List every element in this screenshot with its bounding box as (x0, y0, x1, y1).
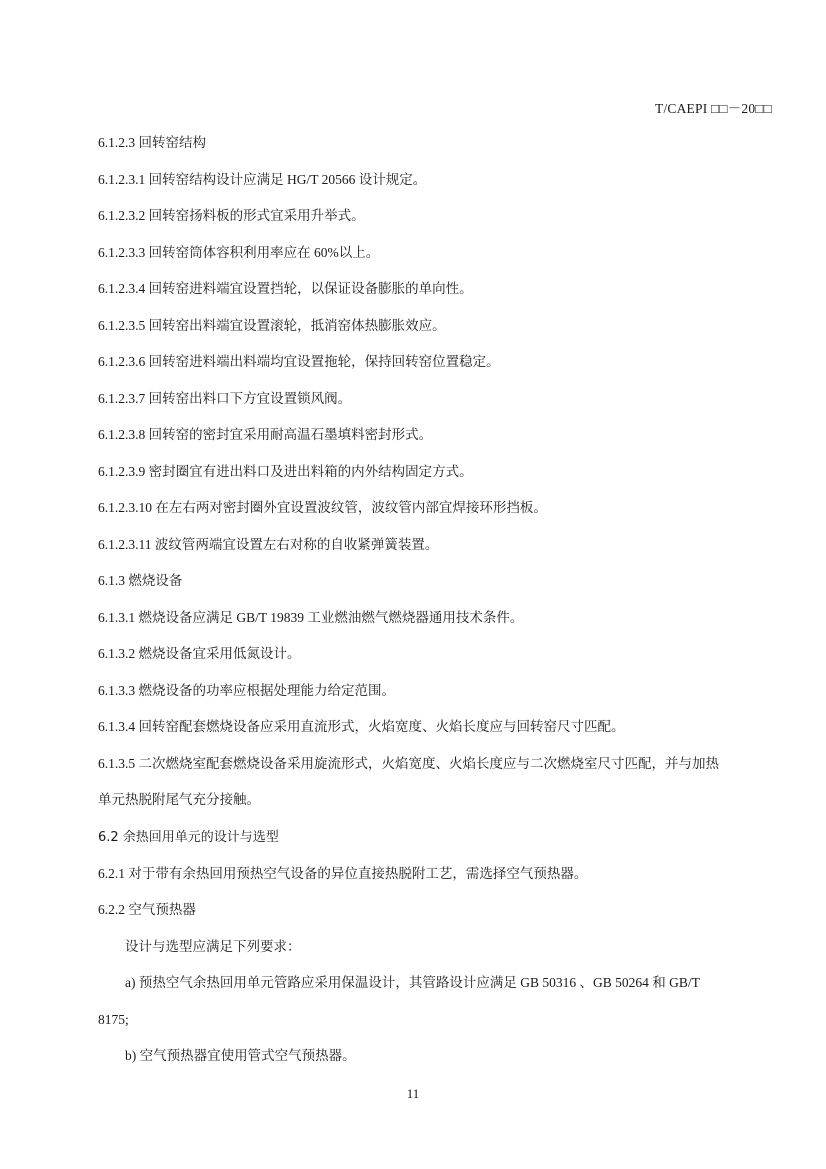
clause-6-1-2-3-2: 6.1.2.3.2 回转窑扬料板的形式宜采用升举式。 (98, 206, 365, 226)
document-code-header: T/CAEPI □□－20□□ (655, 97, 772, 117)
clause-6-2-2: 6.2.2 空气预热器 (98, 900, 196, 920)
section-heading-6-2: 6.2 余热回用单元的设计与选型 (98, 828, 279, 848)
list-item-b: b) 空气预热器宜使用管式空气预热器。 (125, 1046, 356, 1066)
clause-6-1-3-5: 6.1.3.5 二次燃烧室配套燃烧设备采用旋流形式，火焰宽度、火焰长度应与二次燃… (98, 754, 719, 774)
requirements-intro: 设计与选型应满足下列要求： (125, 937, 301, 957)
list-item-a-continued: 8175; (98, 1010, 129, 1030)
clause-6-1-2-3-8: 6.1.2.3.8 回转窑的密封宜采用耐高温石墨填料密封形式。 (98, 425, 432, 445)
clause-6-1-2-3-10: 6.1.2.3.10 在左右两对密封圈外宜设置波纹管，波纹管内部宜焊接环形挡板。 (98, 498, 547, 518)
clause-6-1-2-3-6: 6.1.2.3.6 回转窑进料端出料端均宜设置拖轮，保持回转窑位置稳定。 (98, 352, 500, 372)
clause-6-1-2-3-1: 6.1.2.3.1 回转窑结构设计应满足 HG/T 20566 设计规定。 (98, 170, 426, 190)
section-heading-6-1-3: 6.1.3 燃烧设备 (98, 571, 182, 591)
list-item-a: a) 预热空气余热回用单元管路应采用保温设计，其管路设计应满足 GB 50316… (125, 973, 700, 993)
page-number: 11 (0, 1086, 826, 1102)
clause-6-1-2-3-11: 6.1.2.3.11 波纹管两端宜设置左右对称的自收紧弹簧装置。 (98, 535, 438, 555)
clause-6-1-2-3-3: 6.1.2.3.3 回转窑筒体容积利用率应在 60%以上。 (98, 243, 379, 263)
clause-6-1-2-3-9: 6.1.2.3.9 密封圈宜有进出料口及进出料箱的内外结构固定方式。 (98, 462, 473, 482)
section-heading-6-1-2-3: 6.1.2.3 回转窑结构 (98, 133, 206, 153)
clause-6-1-2-3-4: 6.1.2.3.4 回转窑进料端宜设置挡轮，以保证设备膨胀的单向性。 (98, 279, 473, 299)
clause-6-1-2-3-7: 6.1.2.3.7 回转窑出料口下方宜设置锁风阀。 (98, 389, 351, 409)
clause-6-1-3-4: 6.1.3.4 回转窑配套燃烧设备应采用直流形式，火焰宽度、火焰长度应与回转窑尺… (98, 717, 625, 737)
document-page: T/CAEPI □□－20□□ 6.1.2.3 回转窑结构 6.1.2.3.1 … (0, 0, 826, 1169)
clause-6-1-3-2: 6.1.3.2 燃烧设备宜采用低氮设计。 (98, 644, 301, 664)
clause-6-1-3-1: 6.1.3.1 燃烧设备应满足 GB/T 19839 工业燃油燃气燃烧器通用技术… (98, 608, 523, 628)
clause-6-1-2-3-5: 6.1.2.3.5 回转窑出料端宜设置滚轮，抵消窑体热膨胀效应。 (98, 316, 446, 336)
clause-6-1-3-5-continued: 单元热脱附尾气充分接触。 (98, 790, 260, 810)
clause-6-1-3-3: 6.1.3.3 燃烧设备的功率应根据处理能力给定范围。 (98, 681, 395, 701)
clause-6-2-1: 6.2.1 对于带有余热回用预热空气设备的异位直接热脱附工艺，需选择空气预热器。 (98, 864, 587, 884)
